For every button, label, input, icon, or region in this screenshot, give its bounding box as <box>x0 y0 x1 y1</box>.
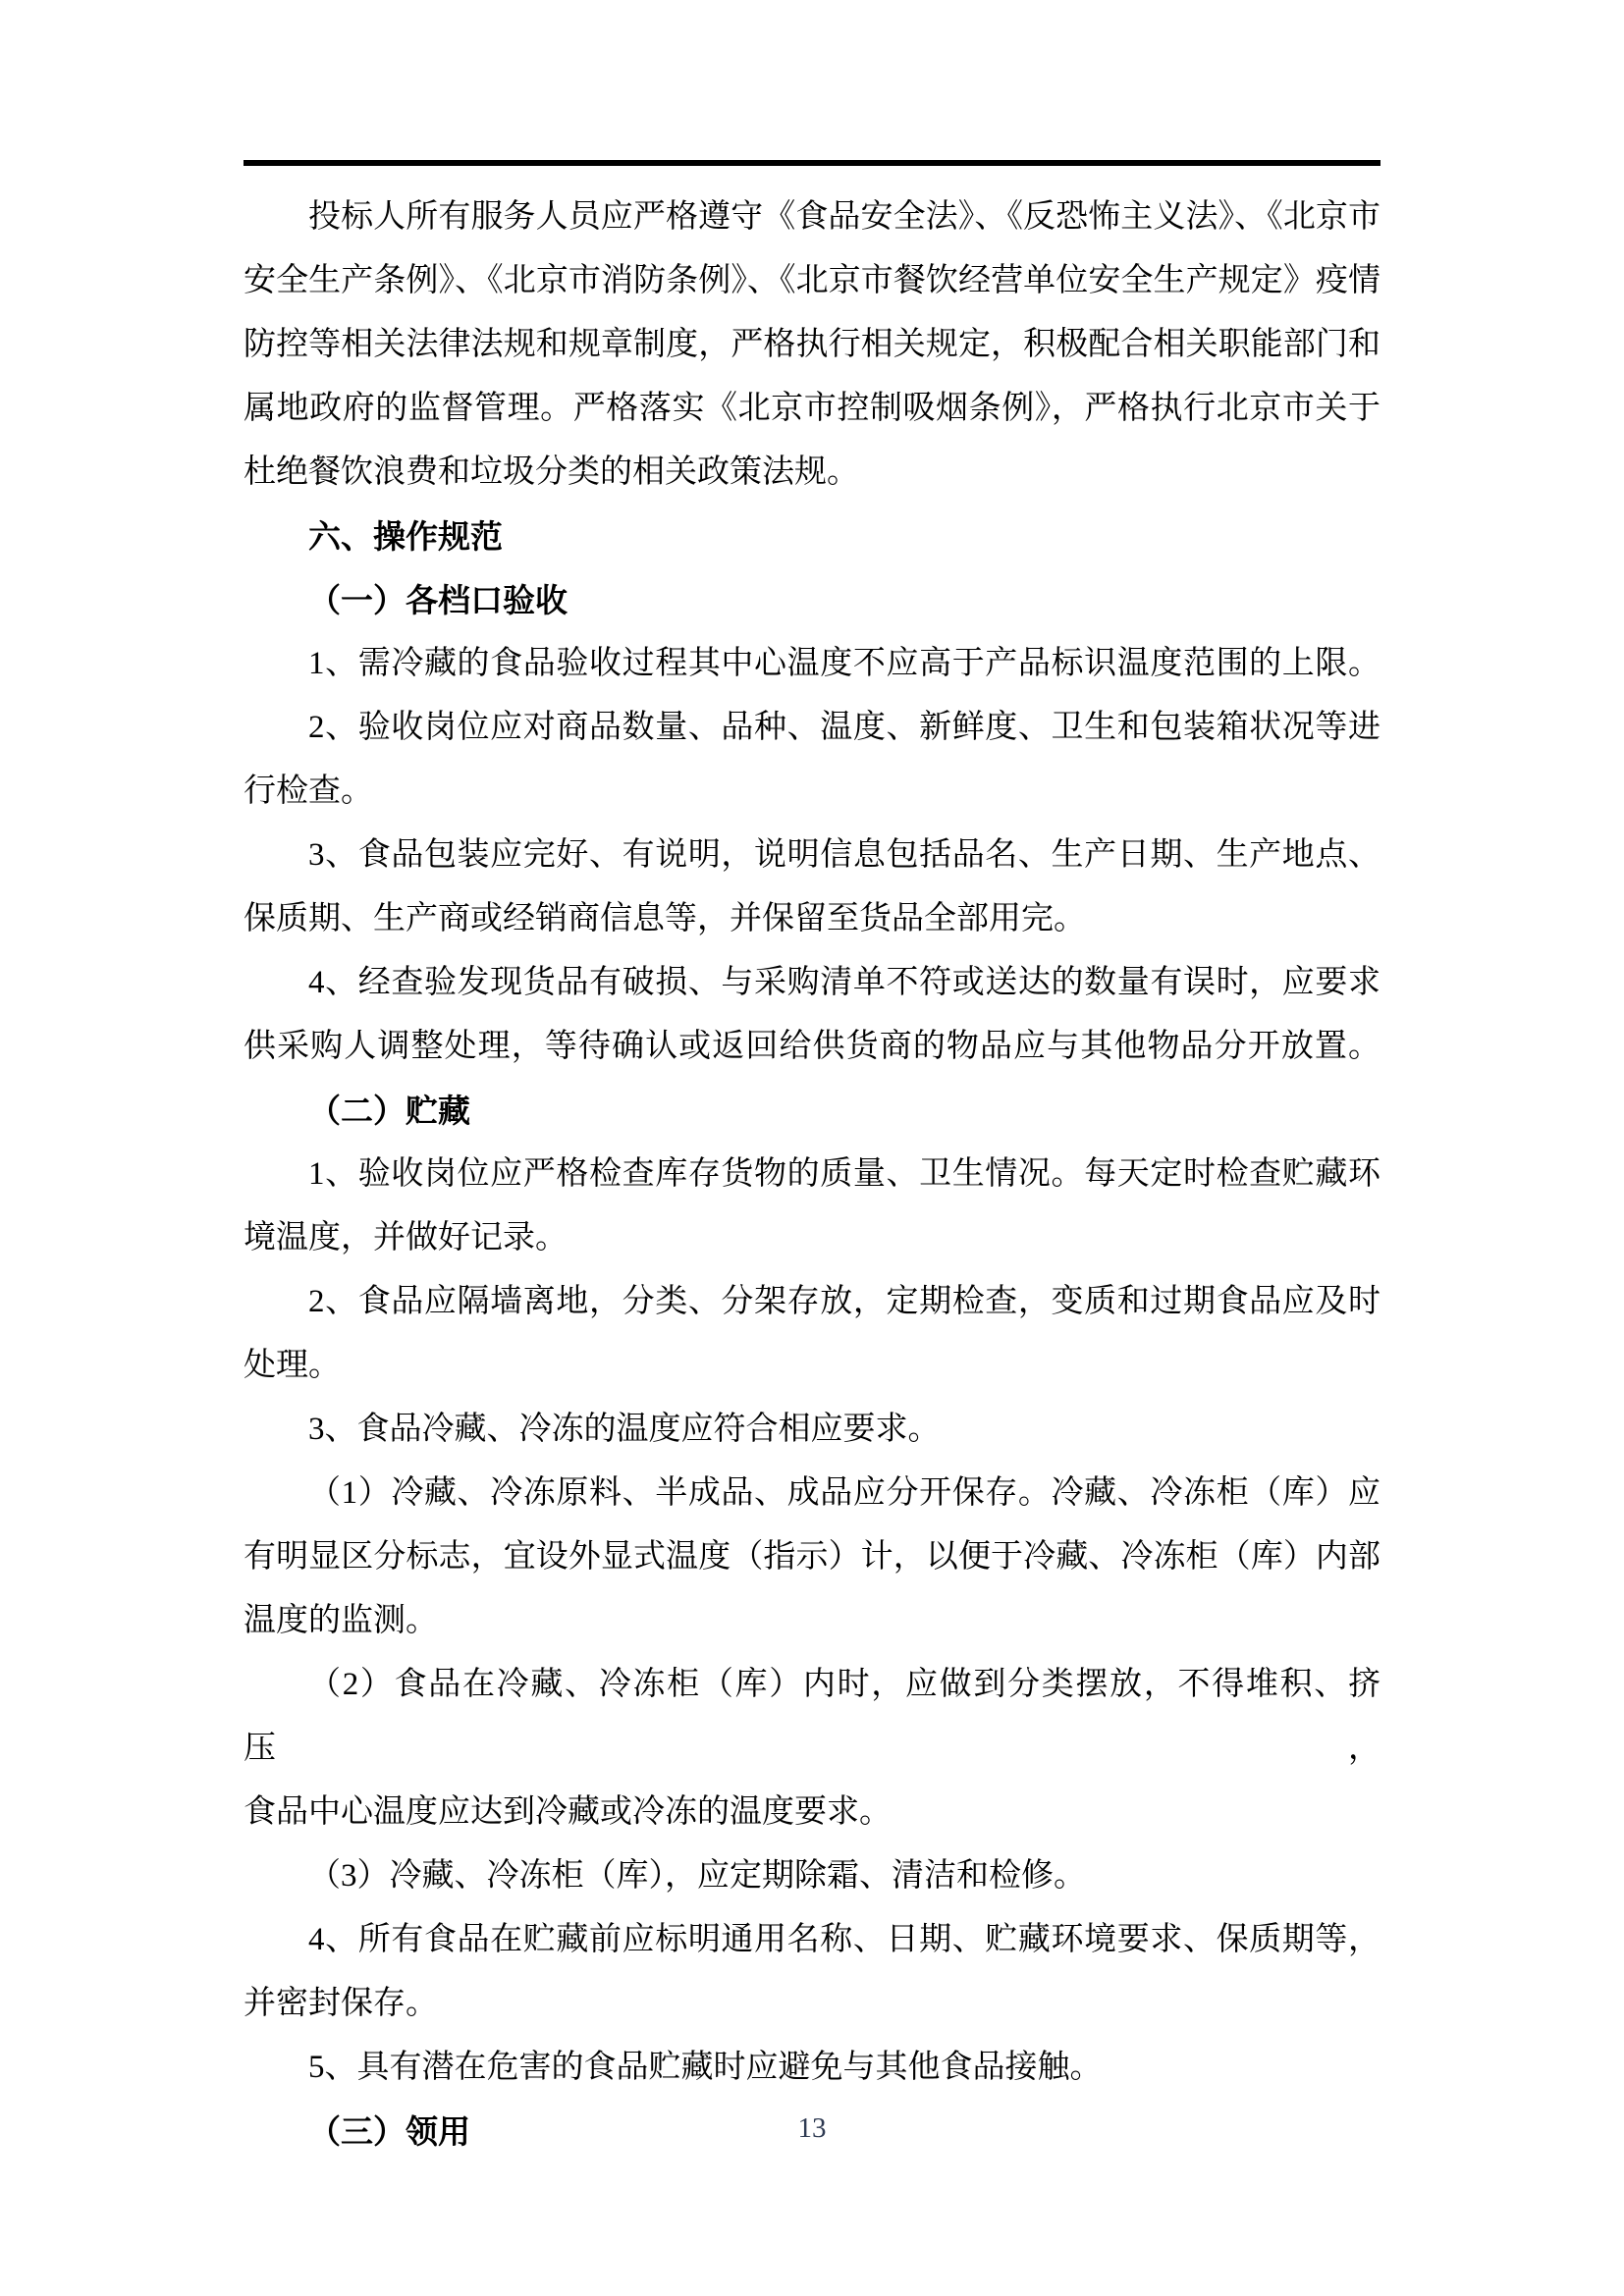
text-line: 处理。 <box>244 1334 1380 1398</box>
text-line: （3）冷藏、冷冻柜（库），应定期除霜、清洁和检修。 <box>244 1844 1380 1908</box>
text-line: 有明显区分标志，宜设外显式温度（指示）计，以便于冷藏、冷冻柜（库）内部 <box>244 1525 1380 1589</box>
text-line: 境温度，并做好记录。 <box>244 1206 1380 1270</box>
text-line: 并密封保存。 <box>244 1972 1380 2036</box>
text-line: 2、食品应隔墙离地，分类、分架存放，定期检查，变质和过期食品应及时 <box>244 1270 1380 1334</box>
text-line: 1、验收岗位应严格检查库存货物的质量、卫生情况。每天定时检查贮藏环 <box>244 1143 1380 1206</box>
text-line: 保质期、生产商或经销商信息等，并保留至货品全部用完。 <box>244 887 1380 951</box>
text-line: 杜绝餐饮浪费和垃圾分类的相关政策法规。 <box>244 441 1380 505</box>
text-line: 3、食品包装应完好、有说明，说明信息包括品名、生产日期、生产地点、 <box>244 824 1380 887</box>
heading-line: （二）贮藏 <box>244 1079 1380 1143</box>
text-line: 供采购人调整处理，等待确认或返回给供货商的物品应与其他物品分开放置。 <box>244 1015 1380 1079</box>
text-line: 4、经查验发现货品有破损、与采购清单不符或送达的数量有误时，应要求 <box>244 951 1380 1015</box>
text-line: 温度的监测。 <box>244 1589 1380 1653</box>
text-line: 5、具有潜在危害的食品贮藏时应避免与其他食品接触。 <box>244 2036 1380 2100</box>
text-line: 属地政府的监督管理。严格落实《北京市控制吸烟条例》，严格执行北京市关于 <box>244 377 1380 441</box>
text-line: （1）冷藏、冷冻原料、半成品、成品应分开保存。冷藏、冷冻柜（库）应 <box>244 1462 1380 1525</box>
text-line: 投标人所有服务人员应严格遵守《食品安全法》、《反恐怖主义法》、《北京市 <box>244 186 1380 249</box>
header-separator-rule <box>244 160 1380 166</box>
text-line: 安全生产条例》、《北京市消防条例》、《北京市餐饮经营单位安全生产规定》疫情 <box>244 249 1380 313</box>
text-line: 1、需冷藏的食品验收过程其中心温度不应高于产品标识温度范围的上限。 <box>244 632 1380 696</box>
document-page: 投标人所有服务人员应严格遵守《食品安全法》、《反恐怖主义法》、《北京市安全生产条… <box>0 0 1624 2296</box>
text-line: 防控等相关法律法规和规章制度，严格执行相关规定，积极配合相关职能部门和 <box>244 313 1380 377</box>
heading-line: （一）各档口验收 <box>244 568 1380 632</box>
heading-line: 六、操作规范 <box>244 505 1380 568</box>
page-number: 13 <box>0 2110 1624 2146</box>
text-line: 2、验收岗位应对商品数量、品种、温度、新鲜度、卫生和包装箱状况等进 <box>244 696 1380 760</box>
text-line: 食品中心温度应达到冷藏或冷冻的温度要求。 <box>244 1781 1380 1844</box>
document-body: 投标人所有服务人员应严格遵守《食品安全法》、《反恐怖主义法》、《北京市安全生产条… <box>244 186 1380 2163</box>
text-line: 4、所有食品在贮藏前应标明通用名称、日期、贮藏环境要求、保质期等， <box>244 1908 1380 1972</box>
text-line: 3、食品冷藏、冷冻的温度应符合相应要求。 <box>244 1398 1380 1462</box>
text-line: 行检查。 <box>244 760 1380 824</box>
text-line: （2）食品在冷藏、冷冻柜（库）内时，应做到分类摆放，不得堆积、挤压， <box>244 1653 1380 1781</box>
